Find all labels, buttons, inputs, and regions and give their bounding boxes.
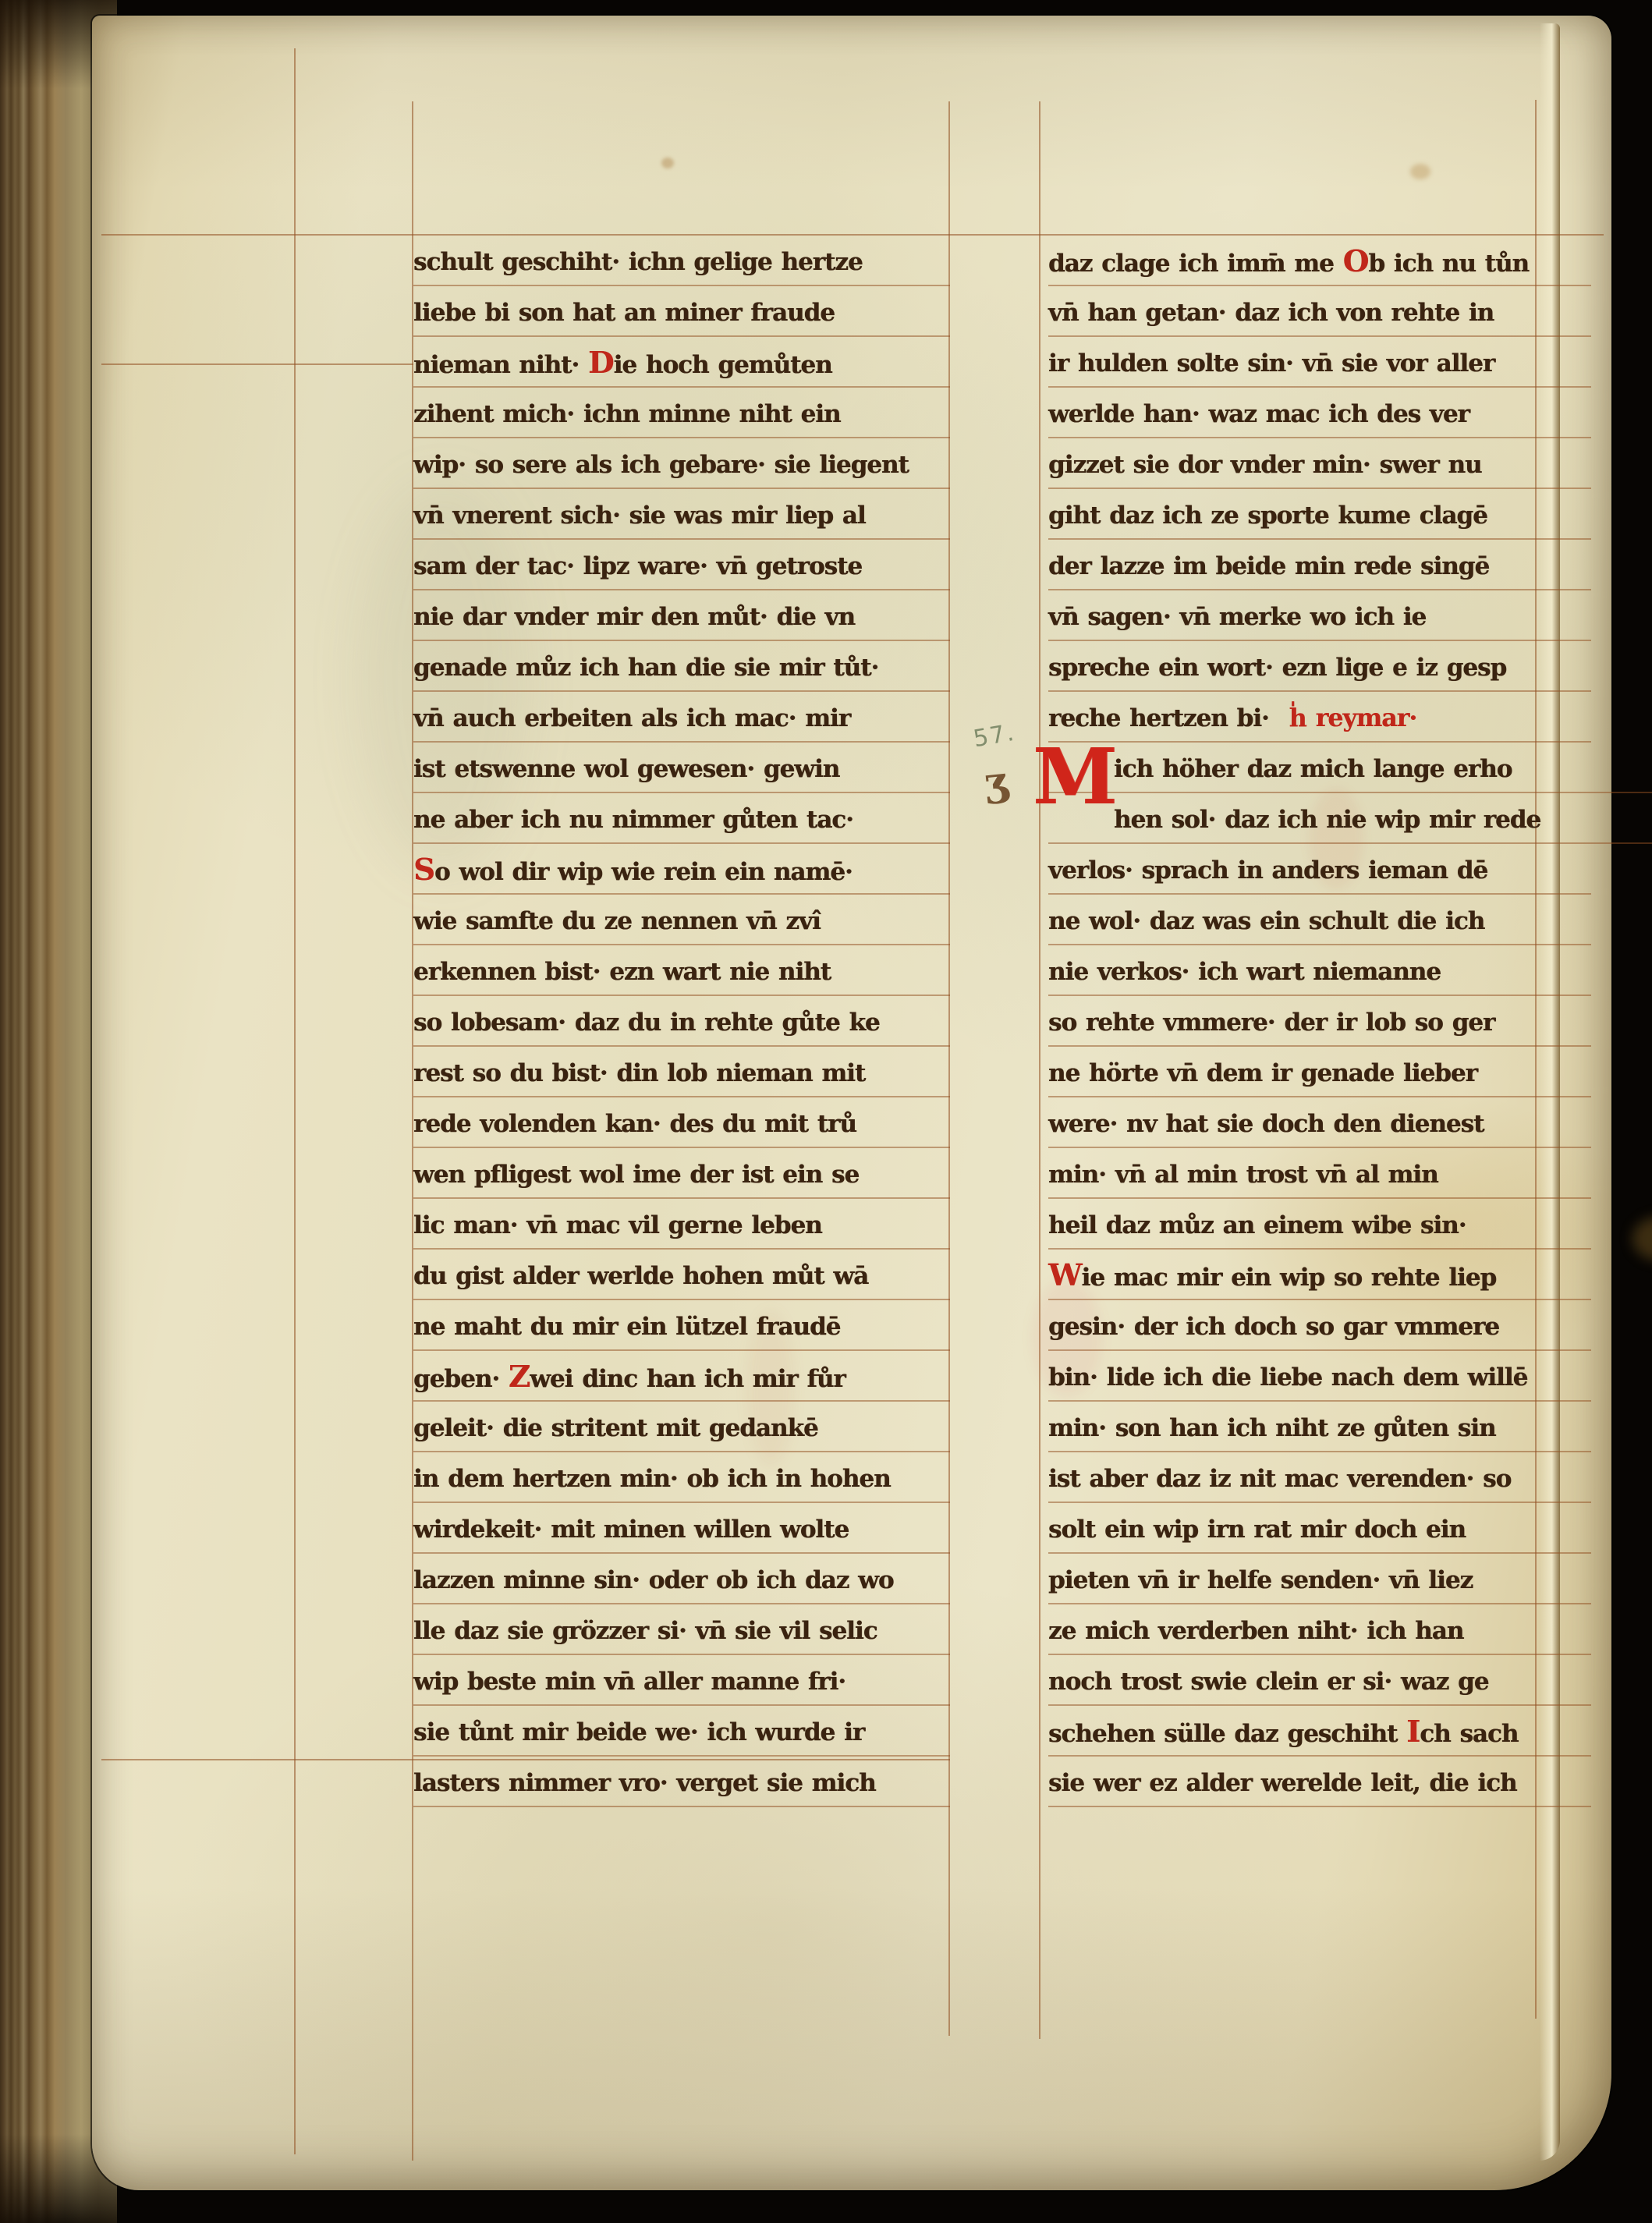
verse-text: wen pfligest wol ime der ist ein se	[413, 1161, 859, 1189]
text-line: ist etswenne wol gewesen· gewin	[413, 743, 950, 793]
text-line: genade můz ich han die sie mir tůt·	[413, 641, 950, 692]
verse-text: zihent mich· ichn minne niht ein	[413, 400, 841, 428]
text-line: verlos· sprach in anders ieman dē	[1048, 844, 1591, 895]
text-line: vn̄ auch erbeiten als ich mac· mir	[413, 692, 950, 743]
text-line: gizzet sie dor vnder min· swer nu	[1048, 438, 1591, 489]
text-line: ze mich verderben niht· ich han	[1048, 1604, 1591, 1655]
text-line: lazzen minne sin· oder ob ich daz wo	[413, 1554, 950, 1604]
verse-text: schehen sülle daz geschiht	[1048, 1720, 1406, 1748]
ruling-margin-left	[101, 363, 413, 365]
text-line: liebe bi son hat an miner fraude	[413, 286, 950, 337]
verse-text: ist aber daz iz nit mac verenden· so	[1048, 1465, 1511, 1493]
text-line: erkennen bist· ezn wart nie niht	[413, 945, 950, 996]
verse-text: nie verkos· ich wart niemanne	[1048, 958, 1441, 986]
text-line: gesin· der ich doch so gar vmmere	[1048, 1300, 1591, 1351]
verse-text: gesin· der ich doch so gar vmmere	[1048, 1313, 1499, 1341]
verse-text: ch sach	[1420, 1720, 1518, 1748]
verse-text: rede volenden kan· des du mit trů	[413, 1110, 856, 1138]
text-line: daz clage ich imm̄ me Ob ich nu tůn	[1048, 236, 1591, 286]
verse-text: spreche ein wort· ezn lige e iz gesp	[1048, 654, 1506, 682]
text-line: ist aber daz iz nit mac verenden· so	[1048, 1452, 1591, 1503]
verse-text: ie hoch gemůten	[614, 351, 832, 379]
text-line: ne wol· daz was ein schult die ich	[1048, 895, 1591, 945]
verse-text: ne wol· daz was ein schult die ich	[1048, 907, 1484, 935]
red-initial: S	[413, 853, 434, 888]
text-line: pieten vn̄ ir helfe senden· vn̄ liez	[1048, 1554, 1591, 1604]
text-line: sie wer ez alder werelde leit, die ich	[1048, 1757, 1591, 1807]
verse-text: pieten vn̄ ir helfe senden· vn̄ liez	[1048, 1566, 1473, 1594]
verse-text: wirdekeit· mit minen willen wolte	[413, 1516, 849, 1544]
verse-text: lic man· vn̄ mac vil gerne leben	[413, 1211, 822, 1239]
verse-text: min· son han ich niht ze gůten sin	[1048, 1414, 1496, 1442]
verse-text: schult geschiht· ichn gelige hertze	[413, 248, 863, 276]
verse-text: nie dar vnder mir den můt· die vn	[413, 603, 855, 631]
verse-text: bin· lide ich die liebe nach dem willē	[1048, 1363, 1527, 1392]
text-line: sie tůnt mir beide we· ich wurde ir	[413, 1706, 950, 1757]
verse-text: nieman niht·	[413, 351, 588, 379]
verse-text: giht daz ich ze sporte kume clagē	[1048, 502, 1487, 530]
verse-text: rest so du bist· din lob nieman mit	[413, 1059, 865, 1087]
verse-text: du gist alder werlde hohen můt wā	[413, 1262, 868, 1290]
verse-text: min· vn̄ al min trost vn̄ al min	[1048, 1161, 1438, 1189]
verse-text: ne aber ich nu nimmer gůten tac·	[413, 806, 853, 834]
text-line: geben· Zwei dinc han ich mir fůr	[413, 1351, 950, 1402]
text-line: in dem hertzen min· ob ich in hohen	[413, 1452, 950, 1503]
verse-text: ist etswenne wol gewesen· gewin	[413, 755, 839, 783]
text-line: rest so du bist· din lob nieman mit	[413, 1047, 950, 1097]
verse-text: ir hulden solte sin· vn̄ sie vor aller	[1048, 349, 1494, 378]
verse-text: ie mac mir ein wip so rehte liep	[1082, 1264, 1497, 1292]
verse-text: solt ein wip irn rat mir doch ein	[1048, 1516, 1466, 1544]
text-line: min· vn̄ al min trost vn̄ al min	[1048, 1148, 1591, 1199]
text-line: nieman niht· Die hoch gemůten	[413, 337, 950, 388]
text-line: wip beste min vn̄ aller manne fri·	[413, 1655, 950, 1706]
text-line: vn̄ vnerent sich· sie was mir liep al	[413, 489, 950, 540]
red-initial: W	[1048, 1258, 1082, 1293]
text-line: ir hulden solte sin· vn̄ sie vor aller	[1048, 337, 1591, 388]
verse-text: lle daz sie grözzer si· vn̄ sie vil seli…	[413, 1617, 877, 1645]
text-line: were· nv hat sie doch den dienest	[1048, 1097, 1591, 1148]
text-line: min· son han ich niht ze gůten sin	[1048, 1402, 1591, 1452]
stain	[1410, 164, 1430, 179]
verse-text: reche hertzen bi·	[1048, 704, 1278, 732]
verse-text: so rehte vmmere· der ir lob so ger	[1048, 1009, 1494, 1037]
verse-text: hen sol· daz ich nie wip mir rede	[1114, 806, 1540, 834]
text-line: hen sol· daz ich nie wip mir rede	[1048, 793, 1652, 844]
verse-text: sie wer ez alder werelde leit, die ich	[1048, 1769, 1517, 1797]
text-line: bin· lide ich die liebe nach dem willē	[1048, 1351, 1591, 1402]
verse-text: were· nv hat sie doch den dienest	[1048, 1110, 1484, 1138]
verse-text: vn̄ sagen· vn̄ merke wo ich ie	[1048, 603, 1426, 631]
text-line: so rehte vmmere· der ir lob so ger	[1048, 996, 1591, 1047]
verse-text: wei dinc han ich mir fůr	[530, 1365, 845, 1393]
marginal-flourish-mark: ʒ	[982, 757, 1010, 807]
manuscript-photo: schult geschiht· ichn gelige hertzeliebe…	[0, 0, 1652, 2223]
stain	[661, 158, 674, 168]
verse-text: in dem hertzen min· ob ich in hohen	[413, 1465, 891, 1493]
verse-text: wip· so sere als ich gebare· sie liegent	[413, 451, 909, 479]
text-line: ne maht du mir ein lützel fraudē	[413, 1300, 950, 1351]
text-line: schult geschiht· ichn gelige hertze	[413, 236, 950, 286]
verse-text: geleit· die stritent mit gedankē	[413, 1414, 818, 1442]
column-left: schult geschiht· ichn gelige hertzeliebe…	[413, 236, 950, 1807]
text-line: der lazze im beide min rede singē	[1048, 540, 1591, 590]
text-line: vn̄ sagen· vn̄ merke wo ich ie	[1048, 590, 1591, 641]
verse-text: lazzen minne sin· oder ob ich daz wo	[413, 1566, 894, 1594]
verse-text: ne maht du mir ein lützel fraudē	[413, 1313, 840, 1341]
verse-text: vn̄ auch erbeiten als ich mac· mir	[413, 704, 850, 732]
text-line: schehen sülle daz geschiht Ich sach	[1048, 1706, 1591, 1757]
text-line: wip· so sere als ich gebare· sie liegent	[413, 438, 950, 489]
verse-text: werlde han· waz mac ich des ver	[1048, 400, 1469, 428]
text-line: sam der tac· lipz ware· vn̄ getroste	[413, 540, 950, 590]
text-line: wen pfligest wol ime der ist ein se	[413, 1148, 950, 1199]
text-line: giht daz ich ze sporte kume clagē	[1048, 489, 1591, 540]
text-line: Wie mac mir ein wip so rehte liep	[1048, 1250, 1591, 1300]
text-line: lasters nimmer vro· verget sie mich	[413, 1757, 950, 1807]
text-line: spreche ein wort· ezn lige e iz gesp	[1048, 641, 1591, 692]
verse-text: b ich nu tůn	[1368, 250, 1529, 278]
text-line: wie samfte du ze nennen vn̄ zvî	[413, 895, 950, 945]
verse-text: vn̄ han getan· daz ich von rehte in	[1048, 299, 1494, 327]
text-line: wirdekeit· mit minen willen wolte	[413, 1503, 950, 1554]
verse-text: so lobesam· daz du in rehte gůte ke	[413, 1009, 880, 1037]
verse-text: heil daz můz an einem wibe sin·	[1048, 1211, 1466, 1239]
text-line: rede volenden kan· des du mit trů	[413, 1097, 950, 1148]
verse-text: ne hörte vn̄ dem ir genade lieber	[1048, 1059, 1477, 1087]
red-initial: D	[588, 346, 614, 381]
red-initial: O	[1343, 244, 1369, 279]
verse-text: gizzet sie dor vnder min· swer nu	[1048, 451, 1482, 479]
red-initial: I	[1406, 1714, 1420, 1750]
text-line: ne aber ich nu nimmer gůten tac·	[413, 793, 950, 844]
text-line: nie verkos· ich wart niemanne	[1048, 945, 1591, 996]
verse-text: erkennen bist· ezn wart nie niht	[413, 958, 831, 986]
rubric-author-name: h̍ reymar·	[1278, 704, 1417, 732]
text-line: du gist alder werlde hohen můt wā	[413, 1250, 950, 1300]
column-right: daz clage ich imm̄ me Ob ich nu tůnvn̄ h…	[1048, 236, 1652, 1807]
text-line: werlde han· waz mac ich des ver	[1048, 388, 1591, 438]
verse-text: ze mich verderben niht· ich han	[1048, 1617, 1463, 1645]
verse-text: sam der tac· lipz ware· vn̄ getroste	[413, 552, 862, 580]
text-line: Mich höher daz mich lange erho	[1048, 743, 1652, 793]
verse-text: lasters nimmer vro· verget sie mich	[413, 1769, 876, 1797]
text-line: nie dar vnder mir den můt· die vn	[413, 590, 950, 641]
verse-text: der lazze im beide min rede singē	[1048, 552, 1489, 580]
verse-text: verlos· sprach in anders ieman dē	[1048, 856, 1487, 885]
red-initial: Z	[509, 1360, 530, 1395]
verse-text: o wol dir wip wie rein ein namē·	[434, 858, 853, 886]
verse-text: wie samfte du ze nennen vn̄ zvî	[413, 907, 821, 935]
verse-text: ich höher daz mich lange erho	[1114, 755, 1512, 783]
verse-text: geben·	[413, 1365, 509, 1393]
text-line: geleit· die stritent mit gedankē	[413, 1402, 950, 1452]
column-ruling-vertical	[1039, 101, 1040, 2039]
text-line: lic man· vn̄ mac vil gerne leben	[413, 1199, 950, 1250]
verse-text: wip beste min vn̄ aller manne fri·	[413, 1668, 845, 1696]
text-line: solt ein wip irn rat mir doch ein	[1048, 1503, 1591, 1554]
text-line: So wol dir wip wie rein ein namē·	[413, 844, 950, 895]
verse-text: vn̄ vnerent sich· sie was mir liep al	[413, 502, 866, 530]
verse-text: liebe bi son hat an miner fraude	[413, 299, 835, 327]
verse-text: daz clage ich imm̄ me	[1048, 250, 1343, 278]
text-line: so lobesam· daz du in rehte gůte ke	[413, 996, 950, 1047]
verse-text: genade můz ich han die sie mir tůt·	[413, 654, 878, 682]
text-line: zihent mich· ichn minne niht ein	[413, 388, 950, 438]
verse-text: sie tůnt mir beide we· ich wurde ir	[413, 1718, 864, 1746]
text-line: ne hörte vn̄ dem ir genade lieber	[1048, 1047, 1591, 1097]
text-line: vn̄ han getan· daz ich von rehte in	[1048, 286, 1591, 337]
text-line: heil daz můz an einem wibe sin·	[1048, 1199, 1591, 1250]
text-line: lle daz sie grözzer si· vn̄ sie vil seli…	[413, 1604, 950, 1655]
text-line: reche hertzen bi· h̍ reymar·	[1048, 692, 1591, 743]
verse-text: noch trost swie clein er si· waz ge	[1048, 1668, 1488, 1696]
text-line: noch trost swie clein er si· waz ge	[1048, 1655, 1591, 1706]
